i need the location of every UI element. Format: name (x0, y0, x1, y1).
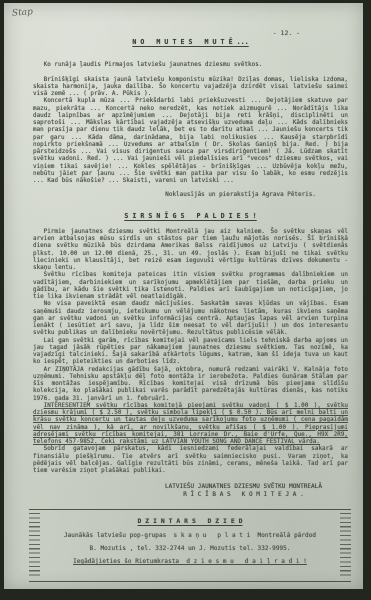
signature-committee: R Ī C Ī B A S K O M I T E J A . (165, 491, 322, 499)
article2-paragraph: Lai gan svētki garām, rīcības komitejai … (33, 338, 348, 367)
ad-line-slogan: Iegādājieties šo Rietumkrasta d z i e s … (47, 558, 333, 565)
article2-paragraph: Ar ZIŅOTĀJA redakcijas gādību šajā, okto… (33, 367, 348, 403)
signature-block: LATVIEŠU JAUNATNES DZIESMU SVĒTKU MONTRE… (165, 483, 322, 498)
advertisement-box: D Z I N T A R S D Z I E D Jaunākās latvi… (29, 509, 351, 582)
page-content: - 12. - N O M U T E S M U T Ē ... Ko run… (33, 27, 348, 582)
article1-title: N O M U T E S M U T Ē ... (33, 39, 348, 46)
article2-closing-paragraph: Šobrīd gatavojam pārskatus, kādi iesnied… (33, 446, 348, 475)
ad-line-product: Jaunākās latviešu pop-grupas s k a ņ u p… (47, 532, 333, 539)
handwritten-note: Stap (12, 7, 34, 18)
ad-title: D Z I N T A R S D Z I E D (47, 518, 333, 525)
article2-paragraph: No visa paveiktā esam daudz mācījušies. … (33, 301, 348, 337)
signature-organization: LATVIEŠU JAUNATNES DZIESMU SVĒTKU MONTRE… (165, 483, 322, 491)
article1-subtitle: Ko runāja ļaudis Pirmajos latviešu jauna… (33, 62, 348, 69)
page-number: - 12. - (273, 30, 300, 37)
attribution-line: Noklausījās un pierakstīja Agrava Pēteri… (165, 192, 348, 199)
ad-line-contacts: B. Mozutis , tel. 332-2744 un J. Mozutis… (47, 545, 333, 552)
article1-paragraph: Koncertā kupla mūza ... Priekšdarbi labi… (33, 98, 348, 185)
article2-paragraph: Svētku rīcības komiteja pateicas itin vi… (33, 272, 348, 301)
article2-ordering-info-paragraph: INTERESENTIEM svētku rīcības komitejā pi… (33, 403, 348, 447)
ad-left-border-hatching (29, 513, 40, 578)
document-page: Stap - 12. - N O M U T E S M U T Ē ... K… (4, 3, 363, 589)
article1-paragraph: Brīnišķīgi skaista jaunā latviešu kompon… (33, 77, 348, 99)
ad-right-border-hatching (340, 513, 351, 578)
article2-paragraph: Pirmie jaunatnes dziesmu svētki Montreāl… (33, 229, 348, 273)
article2-title: S I R S N Ī G S P A L D I E S ! (33, 213, 348, 220)
